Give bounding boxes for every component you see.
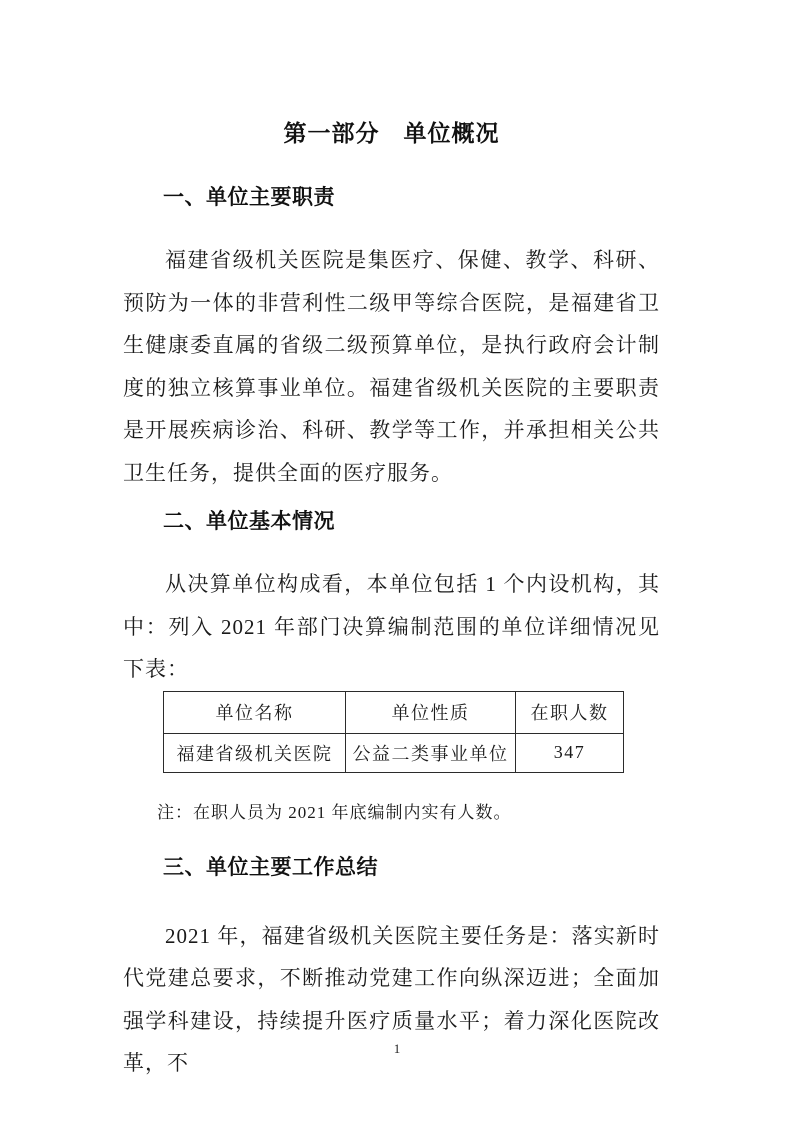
page-title: 第一部分 单位概况 bbox=[123, 122, 660, 145]
table-header-unit-name: 单位名称 bbox=[164, 691, 346, 733]
table-cell-staff-count: 347 bbox=[516, 733, 624, 772]
table-note: 注：在职人员为 2021 年底编制内实有人数。 bbox=[123, 801, 660, 825]
section-3-heading: 三、单位主要工作总结 bbox=[123, 857, 660, 878]
page-number: 1 bbox=[0, 1042, 794, 1055]
table-cell-unit-type: 公益二类事业单位 bbox=[346, 733, 516, 772]
units-table-header-row: 单位名称 单位性质 在职人数 bbox=[164, 691, 624, 733]
table-header-unit-type: 单位性质 bbox=[346, 691, 516, 733]
section-3-paragraph: 2021 年，福建省级机关医院主要任务是：落实新时代党建总要求，不断推动党建工作… bbox=[123, 915, 660, 1085]
table-cell-unit-name: 福建省级机关医院 bbox=[164, 733, 346, 772]
units-table-row: 福建省级机关医院 公益二类事业单位 347 bbox=[164, 733, 624, 772]
section-1-heading: 一、单位主要职责 bbox=[123, 187, 660, 208]
units-table: 单位名称 单位性质 在职人数 福建省级机关医院 公益二类事业单位 347 bbox=[163, 691, 624, 773]
section-2-heading: 二、单位基本情况 bbox=[123, 511, 660, 532]
section-1-paragraph: 福建省级机关医院是集医疗、保健、教学、科研、预防为一体的非营利性二级甲等综合医院… bbox=[123, 239, 660, 494]
table-header-staff-count: 在职人数 bbox=[516, 691, 624, 733]
section-2-paragraph: 从决算单位构成看，本单位包括 1 个内设机构，其中：列入 2021 年部门决算编… bbox=[123, 563, 660, 691]
document-page: 第一部分 单位概况 一、单位主要职责 福建省级机关医院是集医疗、保健、教学、科研… bbox=[0, 0, 794, 1123]
